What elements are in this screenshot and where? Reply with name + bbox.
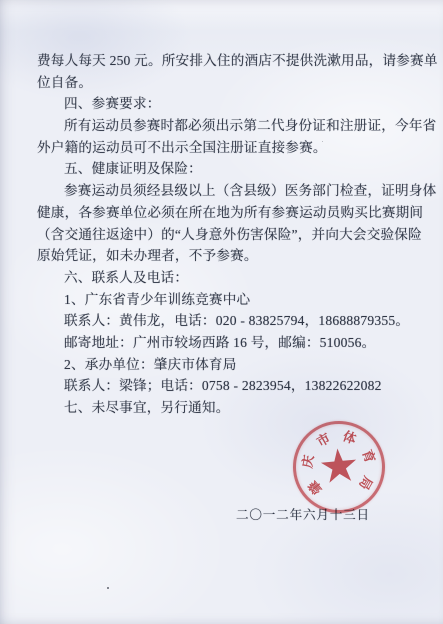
text-line-section-5-heading: 五、健康证明及保险： — [37, 158, 423, 180]
text-line: （含交通往返途中）的“人身意外伤害保险”，并向大会交验保险 — [37, 224, 423, 246]
scanned-notice-page: 费每人每天 250 元。所安排入住的酒店不提供洗漱用品，请参赛单 位自备。 四、… — [0, 0, 443, 624]
official-seal: 肇 庆 市 体 育 局 ★ — [289, 417, 389, 517]
scan-speck — [107, 587, 109, 589]
text-line: 所有运动员参赛时都必须出示第二代身份证和注册证，今年省 — [37, 115, 423, 137]
text-line: 原始凭证，如未办理者，不予参赛。 — [37, 245, 423, 267]
seal-character: 庆 — [299, 452, 318, 471]
text-line: 参赛运动员须经县级以上（含县级）医务部门检查，证明身体 — [37, 180, 423, 202]
document-text: 费每人每天 250 元。所安排入住的酒店不提供洗漱用品，请参赛单 位自备。 四、… — [37, 50, 423, 419]
text-line: 2、承办单位：肇庆市体育局 — [37, 354, 423, 376]
text-line-contact-phone: 联系人：黄伟龙，电话：020 - 83825794，18688879355。 — [37, 310, 423, 332]
text-line: 健康，各参赛单位必须在所在地为所有参赛运动员购买比赛期间 — [37, 202, 423, 224]
text-line: 外户籍的运动员可不出示全国注册证直接参赛。 — [37, 137, 423, 159]
text-line: 1、广东省青少年训练竞赛中心 — [37, 289, 423, 311]
text-line-section-6-heading: 六、联系人及电话： — [37, 267, 423, 289]
text-line-contact-phone: 联系人：梁锋；电话：0758 - 2823954，13822622082 — [37, 375, 423, 397]
scan-speck — [322, 141, 323, 142]
star-icon: ★ — [316, 441, 361, 490]
text-line-mail-address: 邮寄地址：广州市较场西路 16 号，邮编：510056。 — [37, 332, 423, 354]
text-line-section-4-heading: 四、参赛要求： — [37, 93, 423, 115]
text-line: 费每人每天 250 元。所安排入住的酒店不提供洗漱用品，请参赛单 — [37, 50, 423, 72]
text-line-section-7-heading: 七、未尽事宜，另行通知。 — [37, 397, 423, 419]
text-line: 位自备。 — [37, 72, 423, 94]
